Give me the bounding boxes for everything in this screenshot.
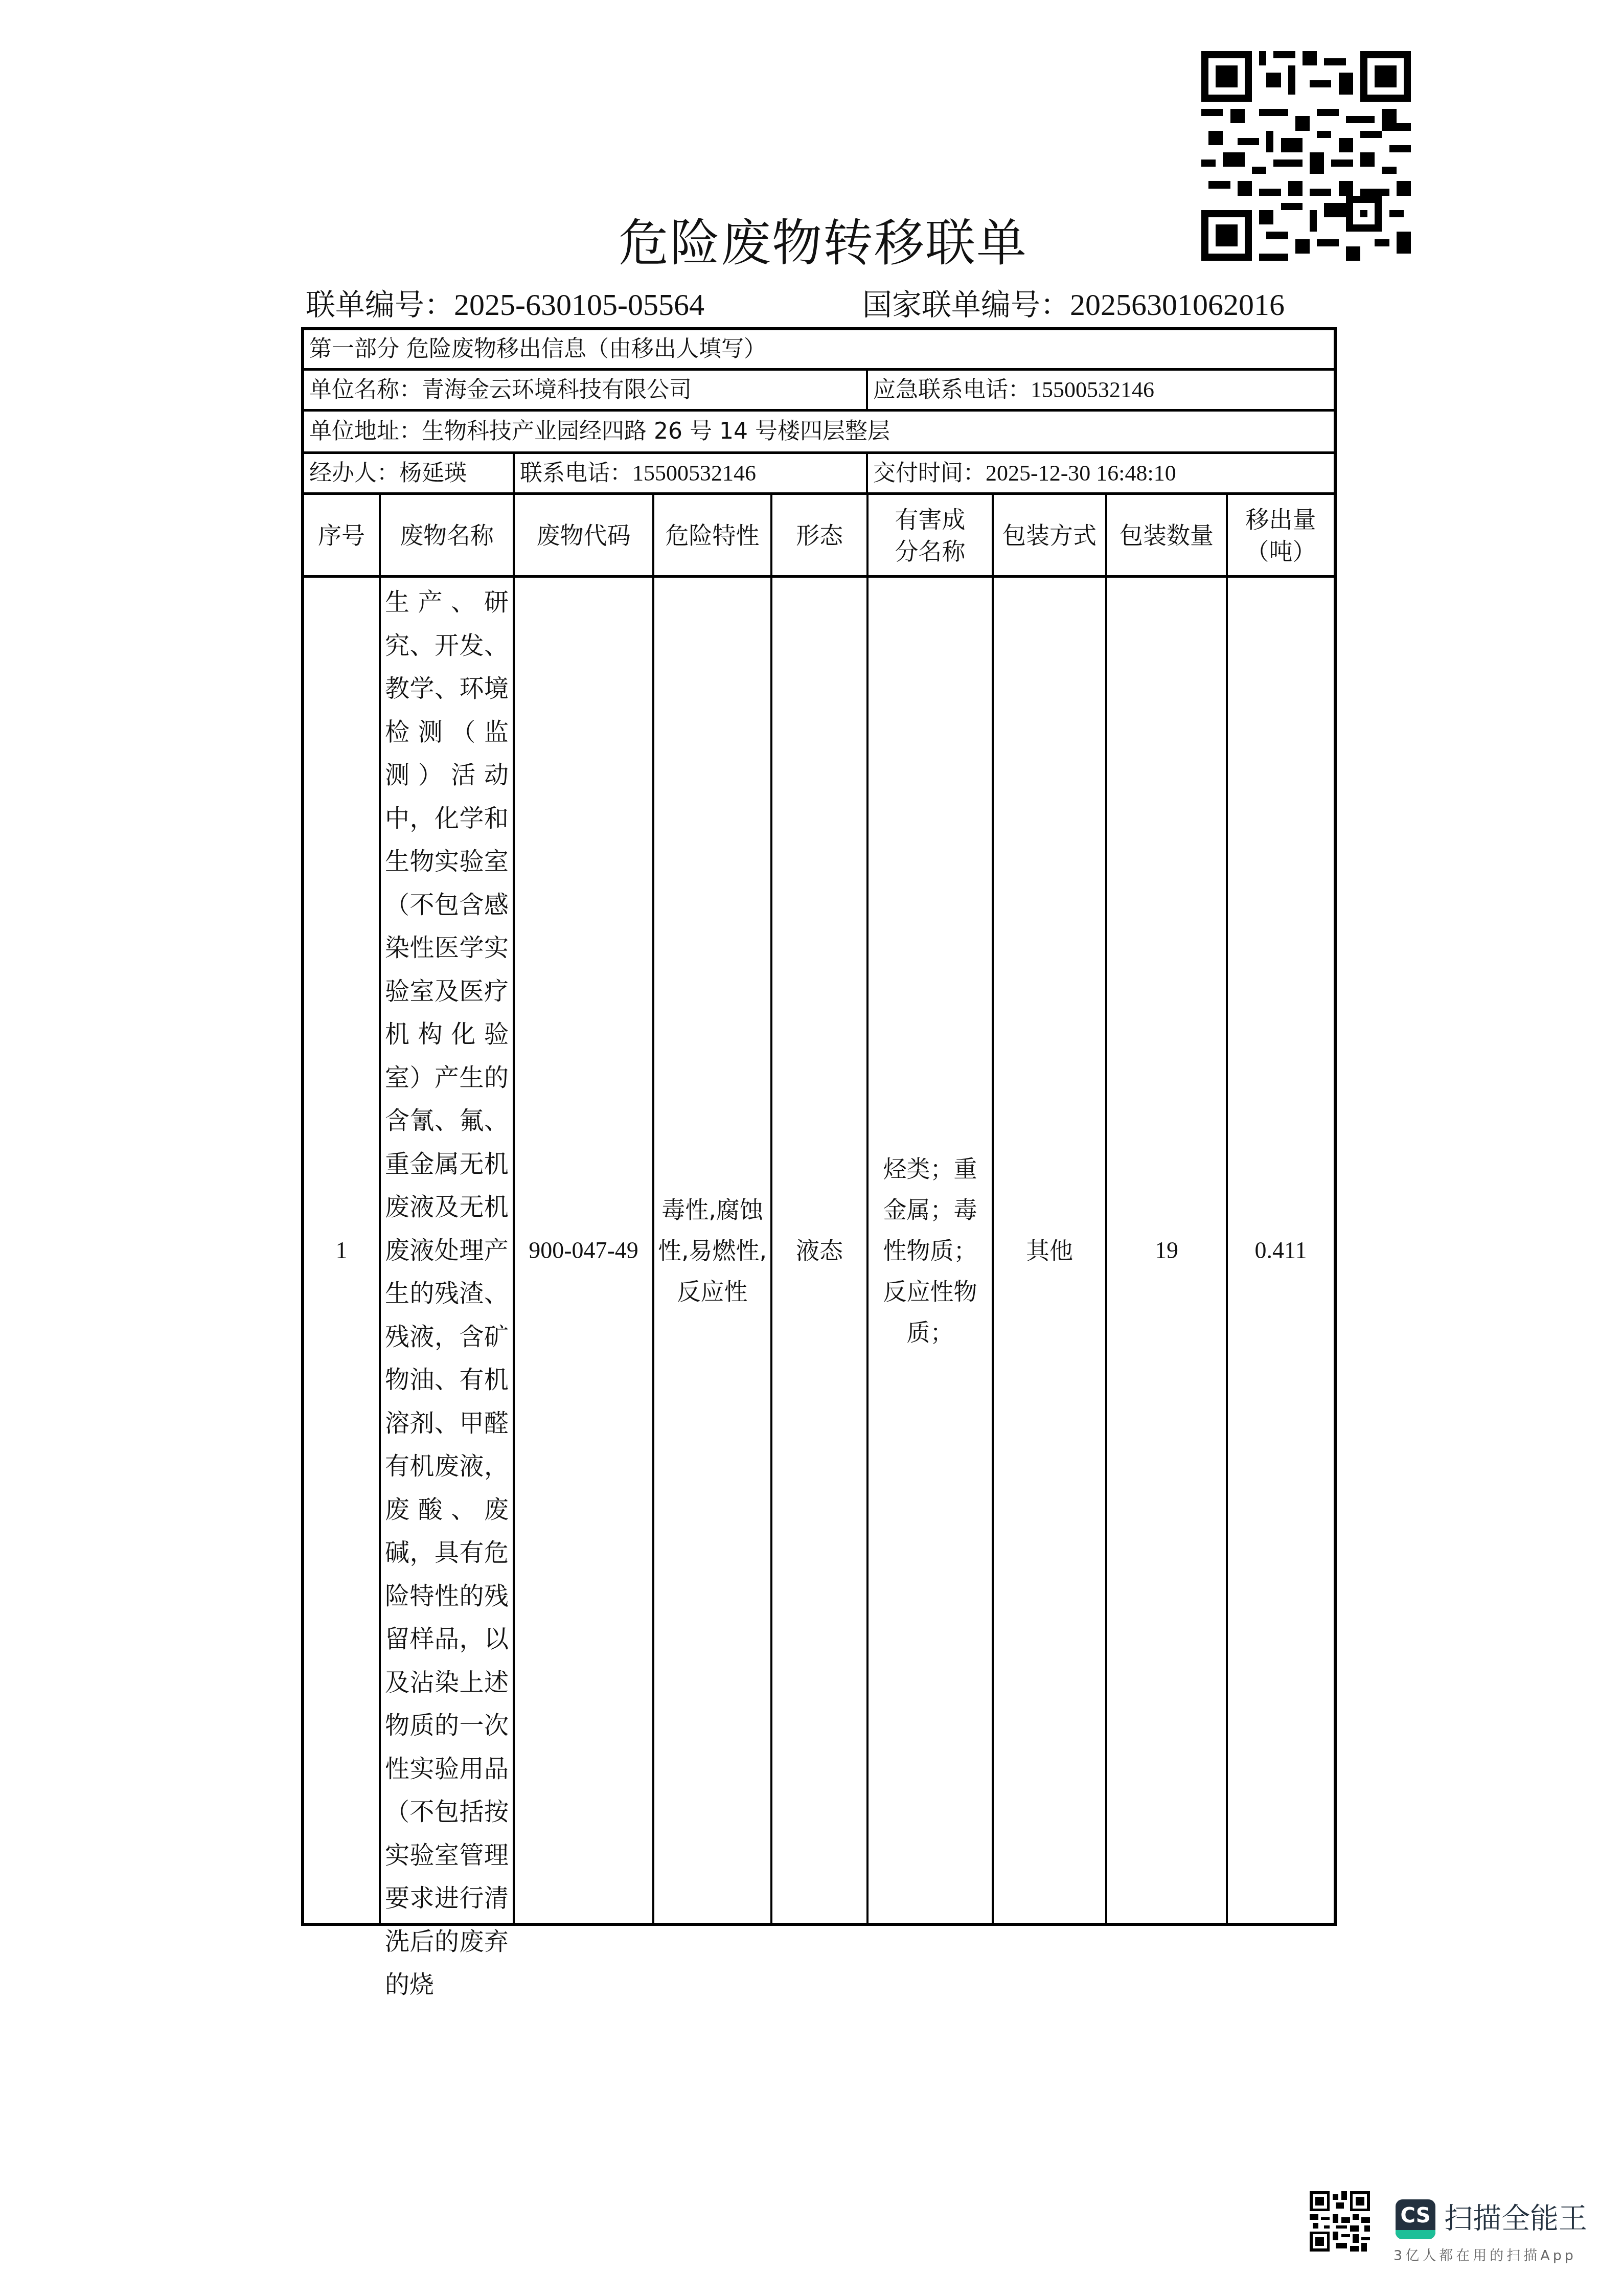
unit-address-label: 单位地址： [309,416,422,447]
manifest-number-label: 联单编号： [306,287,454,322]
camscanner-logo-icon: CS [1396,2199,1435,2239]
manifest-number-value: 2025-630105-05564 [454,288,704,322]
watermark-slogan: 3亿人都在用的扫描App [1393,2247,1577,2265]
manifest-table: 第一部分 危险废物移出信息（由移出人填写） 单位名称：青海金云环境科技有限公司 … [301,327,1337,1926]
unit-name-label: 单位名称： [309,375,422,405]
watermark-app-name: 扫描全能王 [1444,2198,1587,2239]
col-header-packaging: 包装方式 [994,495,1105,575]
table-row-hazard: 毒性,腐蚀性,易燃性,反应性 [654,578,770,1923]
contact-phone-field: 联系电话：15500532146 [515,454,865,492]
logo-text: CS [1396,2203,1435,2228]
emergency-phone-field: 应急联系电话：15500532146 [868,371,1328,409]
unit-name-field: 单位名称：青海金云环境科技有限公司 [304,371,864,409]
emergency-phone-label: 应急联系电话： [873,375,1031,405]
manifest-number: 联单编号：2025-630105-05564 [306,286,704,323]
section-heading: 第一部分 危险废物移出信息（由移出人填写） [304,330,1327,368]
delivery-time-value: 2025-12-30 16:48:10 [986,458,1176,489]
col-header-package-count: 包装数量 [1107,495,1226,575]
qr-code [1201,51,1411,261]
table-row-seq: 1 [304,578,379,1923]
contact-phone-value: 15500532146 [632,458,756,489]
table-row-form: 液态 [772,578,866,1923]
delivery-time-label: 交付时间： [873,458,986,489]
handler-label: 经办人： [309,458,399,489]
table-row-package-count: 19 [1107,578,1226,1923]
col-header-hazardous-components: 有害成分名称 [869,495,992,575]
col-header-quantity: 移出量（吨） [1228,495,1334,575]
table-row-hazardous-components: 烃类；重金属；毒性物质；反应性物质； [869,578,992,1923]
col-header-seq: 序号 [304,495,379,575]
unit-address-field: 单位地址：生物科技产业园经四路 26 号 14 号楼四层整层 [304,412,1327,451]
table-row-waste-code: 900-047-49 [515,578,652,1923]
col-header-waste-code: 废物代码 [515,495,652,575]
unit-name-value: 青海金云环境科技有限公司 [422,375,692,405]
table-row-packaging: 其他 [994,578,1105,1923]
col-header-form: 形态 [772,495,866,575]
emergency-phone-value: 15500532146 [1031,375,1154,405]
table-row-waste-name: 生产、研究、开发、教学、环境检测（监测）活动中，化学和生物实验室（不包含感染性医… [381,578,513,1923]
document-title: 危险废物转移联单 [593,214,1053,273]
watermark-qr-code [1310,2191,1370,2252]
national-number-label: 国家联单编号： [862,287,1070,322]
handler-field: 经办人：杨延瑛 [304,454,511,492]
contact-phone-label: 联系电话： [520,458,632,489]
col-header-waste-name: 废物名称 [381,495,513,575]
unit-address-value: 生物科技产业园经四路 26 号 14 号楼四层整层 [422,416,890,447]
handler-value: 杨延瑛 [399,458,467,489]
national-number-value: 20256301062016 [1070,288,1285,322]
col-header-hazard: 危险特性 [654,495,770,575]
national-manifest-number: 国家联单编号：20256301062016 [862,286,1285,323]
delivery-time-field: 交付时间：2025-12-30 16:48:10 [868,454,1328,492]
table-row-quantity: 0.411 [1228,578,1334,1923]
